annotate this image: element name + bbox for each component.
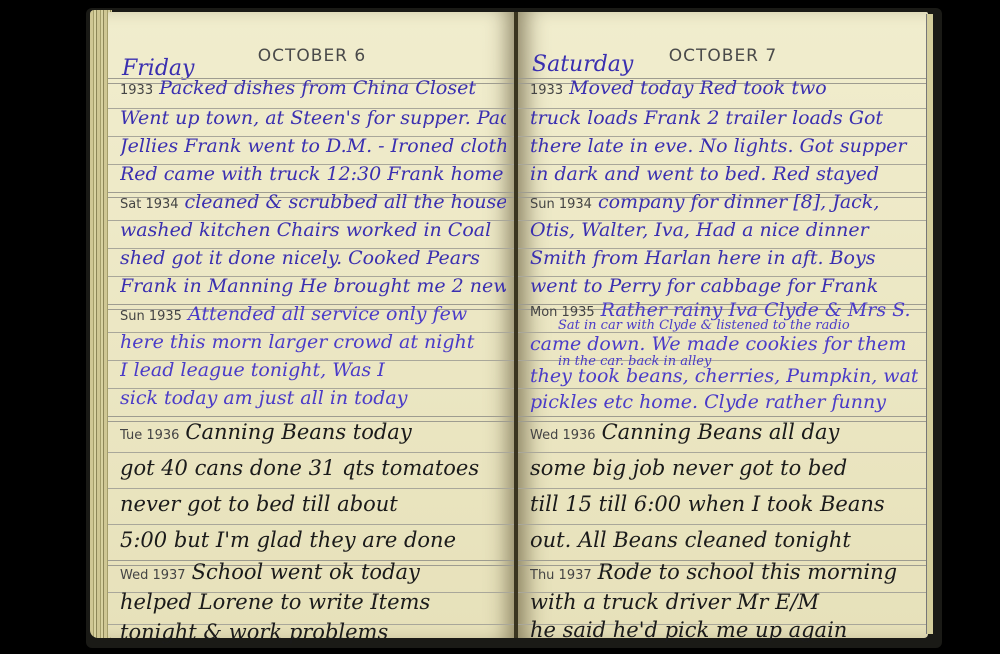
entry-line: Thu 1937Rode to school this morning — [530, 558, 918, 590]
entry-line: Frank in Manning He brought me 2 new dre… — [120, 272, 506, 300]
left-page: OCTOBER 6 Friday 1933Packed dishes from … — [108, 12, 516, 638]
entry-line: in dark and went to bed. Red stayed — [530, 160, 918, 188]
entry-line: Jellies Frank went to D.M. - Ironed clot… — [120, 132, 506, 160]
entry-line: Tue 1936Canning Beans today — [120, 418, 506, 450]
entry-line: washed kitchen Chairs worked in Coal — [120, 216, 506, 244]
entry-line: shed got it done nicely. Cooked Pears — [120, 244, 506, 272]
entry-line: got 40 cans done 31 qts tomatoes — [120, 454, 506, 482]
entry-line: helped Lorene to write Items — [120, 588, 506, 616]
entry-line: some big job never got to bed — [530, 454, 918, 482]
entry-line: Sun 1934company for dinner [8], Jack, — [530, 188, 918, 219]
entry-line: he said he'd pick me up again — [530, 616, 918, 644]
entry-line: 5:00 but I'm glad they are done — [120, 526, 506, 554]
entry-line: 1933Packed dishes from China Closet — [120, 74, 506, 105]
entry-line: tonight & work problems — [120, 618, 506, 646]
entry-line: Went up town, at Steen's for supper. Pac… — [120, 104, 506, 132]
entry-line: Smith from Harlan here in aft. Boys — [530, 244, 918, 272]
entry-line: out. All Beans cleaned tonight — [530, 526, 918, 554]
page-edge-right — [926, 14, 933, 634]
entry-line: with a truck driver Mr E/M — [530, 588, 918, 616]
entry-line: Otis, Walter, Iva, Had a nice dinner — [530, 216, 918, 244]
entry-line: Red came with truck 12:30 Frank home 3:0… — [120, 160, 506, 188]
entry-line: there late in eve. No lights. Got supper — [530, 132, 918, 160]
entry-line: Wed 1936Canning Beans all day — [530, 418, 918, 450]
entry-line: pickles etc home. Clyde rather funny — [530, 388, 918, 416]
entry-line: till 15 till 6:00 when I took Beans — [530, 490, 918, 518]
entry-line: they took beans, cherries, Pumpkin, wate… — [530, 362, 918, 390]
entry-line: 1933Moved today Red took two — [530, 74, 918, 105]
entry-line: I lead league tonight, Was I — [120, 356, 506, 384]
entry-line: here this morn larger crowd at night — [120, 328, 506, 356]
right-page: OCTOBER 7 Saturday 1933Moved today Red t… — [518, 12, 928, 638]
entry-line: sick today am just all in today — [120, 384, 506, 412]
entry-line: Sat 1934cleaned & scrubbed all the house — [120, 188, 506, 219]
entry-line: never got to bed till about — [120, 490, 506, 518]
entry-line: truck loads Frank 2 trailer loads Got — [530, 104, 918, 132]
entry-line: Wed 1937School went ok today — [120, 558, 506, 590]
entry-line: Sun 1935Attended all service only few — [120, 300, 506, 331]
